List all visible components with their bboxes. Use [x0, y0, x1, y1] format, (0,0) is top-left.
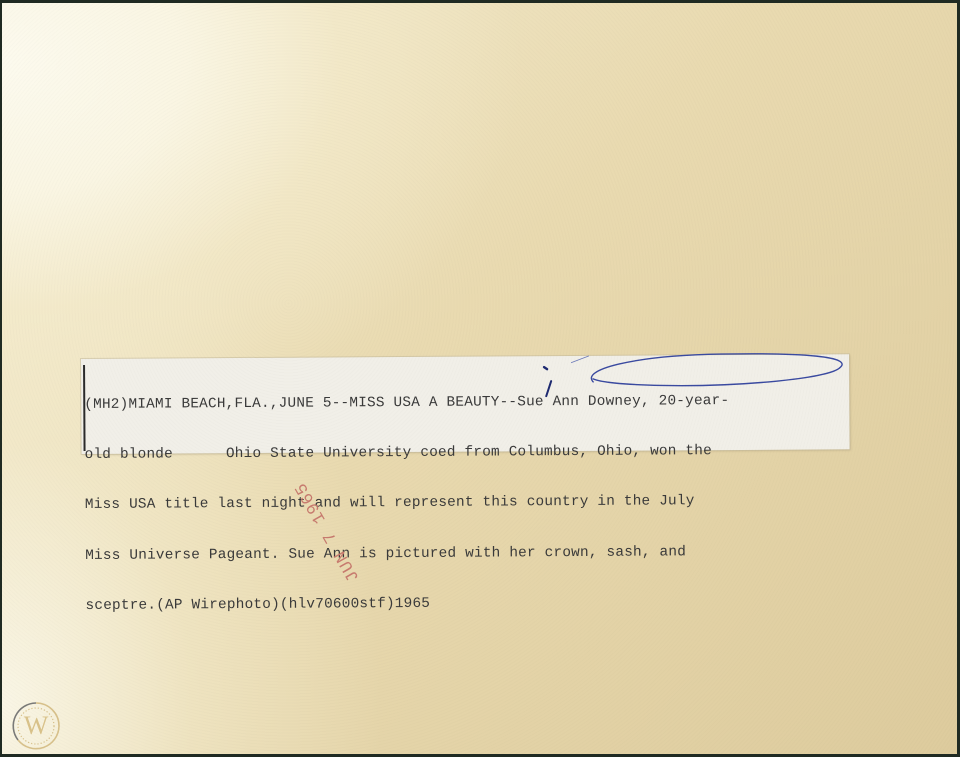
- caption-line: old blonde Ohio State University coed fr…: [85, 443, 730, 464]
- pen-check-mark-icon: [541, 364, 555, 398]
- caption-line: Miss USA title last night and will repre…: [85, 493, 730, 514]
- caption-line: sceptre.(AP Wirephoto)(hlv70600stf)1965: [85, 594, 730, 615]
- watermark-logo: W: [10, 700, 62, 752]
- photo-back-paper: (MH2)MIAMI BEACH,FLA.,JUNE 5--MISS USA A…: [2, 3, 957, 754]
- caption-strip: (MH2)MIAMI BEACH,FLA.,JUNE 5--MISS USA A…: [81, 354, 850, 454]
- scan-frame: (MH2)MIAMI BEACH,FLA.,JUNE 5--MISS USA A…: [0, 0, 960, 757]
- typed-caption: (MH2)MIAMI BEACH,FLA.,JUNE 5--MISS USA A…: [84, 359, 731, 648]
- caption-line: Miss Universe Pageant. Sue Ann is pictur…: [85, 544, 730, 565]
- caption-line: (MH2)MIAMI BEACH,FLA.,JUNE 5--MISS USA A…: [84, 393, 729, 414]
- watermark-letter: W: [10, 700, 62, 752]
